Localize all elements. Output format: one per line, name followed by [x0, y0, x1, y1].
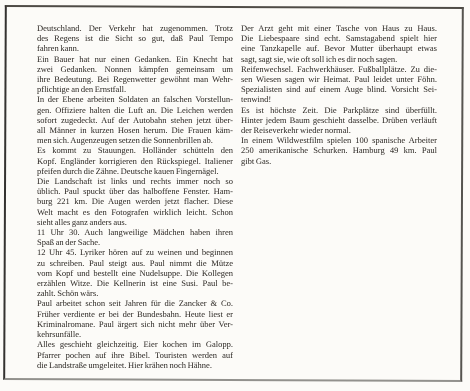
text-line: Ein Bauer hat nur einen Gedanken. Ein Kn…	[37, 54, 233, 64]
text-line: sagt, sagt sie, wie oft soll ich es dir …	[241, 54, 437, 64]
text-line: Kriminalromane. Paul ärgert sich nicht m…	[37, 319, 233, 329]
paragraph: Es kommt zu Stauungen. Holländer schütte…	[37, 145, 233, 176]
text-line: gen. Offiziere halten die Luft an. Die L…	[37, 105, 233, 115]
paragraph: In einem Wildwestfilm spielen 100 spanis…	[241, 135, 437, 166]
text-line: Alles geschieht gleichzeitig. Eier koche…	[37, 339, 233, 349]
text-line: sen Wiesen sagen wir Heimat. Paul leidet…	[241, 74, 437, 84]
text-line: sofort zugedeckt. Auf der Autobahn stehe…	[37, 115, 233, 125]
text-line: eine Tanzkapelle auf. Bevor Mutter überh…	[241, 43, 437, 53]
text-line: Es ist höchste Zeit. Die Parkplätze sind…	[241, 105, 437, 115]
text-line: Die Liebespaare sind echt. Samstagabend …	[241, 33, 437, 43]
text-line: zu schreiben. Paul steigt aus. Paul nimm…	[37, 258, 233, 268]
text-line: üblich. Paul spuckt über das halboffene …	[37, 186, 233, 196]
text-line: Spaß an der Sache.	[37, 237, 233, 247]
text-line: 11 Uhr 30. Auch langweilige Mädchen habe…	[37, 227, 233, 237]
scanned-book-page: Deutschland. Der Verkehr hat zugenommen.…	[0, 0, 470, 391]
text-line: pfeifen durch die Zähne. Deutsche kauen …	[37, 166, 233, 176]
text-line: kehrsunfälle.	[37, 329, 233, 339]
paragraph: Der Arzt geht mit einer Tasche von Haus …	[241, 23, 437, 64]
text-line: Früher verdiente er bei der Bundesbahn. …	[37, 309, 233, 319]
text-line: die Landstraße umgeleitet. Hier krähen n…	[37, 360, 233, 370]
text-line: Reifenwechsel. Fachwerkhäuser. Fußballpl…	[241, 64, 437, 74]
text-line: zwei Gedanken. Nonnen kämpfen gemeinsam …	[37, 64, 233, 74]
text-line: Deutschland. Der Verkehr hat zugenommen.…	[37, 23, 233, 33]
text-line: In der Ebene arbeiten Soldaten an falsch…	[37, 94, 233, 104]
paragraph: Es ist höchste Zeit. Die Parkplätze sind…	[241, 105, 437, 136]
paragraph: 12 Uhr 45. Lyriker hören auf zu weinen u…	[37, 247, 233, 298]
paragraph: Paul arbeitet schon seit Jahren für die …	[37, 298, 233, 339]
text-line: Der Arzt geht mit einer Tasche von Haus …	[241, 23, 437, 33]
text-line: gibt Gas.	[241, 156, 437, 166]
text-line: Kopf. Engländer korrigieren den Rückspie…	[37, 156, 233, 166]
text-line: pflichtige an den Ernstfall.	[37, 84, 233, 94]
text-line: des Regens ist die Sicht so gut, daß Pau…	[37, 33, 233, 43]
text-line: der Reiseverkehr wieder normal.	[241, 125, 437, 135]
paragraph: Ein Bauer hat nur einen Gedanken. Ein Kn…	[37, 54, 233, 95]
text-line: Pfarrer pochen auf ihre Bibel. Touristen…	[37, 350, 233, 360]
paragraph: Die Landschaft ist links und rechts imme…	[37, 176, 233, 227]
paragraph: Deutschland. Der Verkehr hat zugenommen.…	[37, 23, 233, 54]
paragraph: In der Ebene arbeiten Soldaten an falsch…	[37, 94, 233, 145]
text-line: Es kommt zu Stauungen. Holländer schütte…	[37, 145, 233, 155]
text-line: men sich. Augenzeugen setzen die Sonnenb…	[37, 135, 233, 145]
text-line: Welt macht es den Fotografen wirklich le…	[37, 207, 233, 217]
text-line: erzählen Witze. Die Kellnerin ist eine S…	[37, 278, 233, 288]
text-line: sieht alles ganz anders aus.	[37, 217, 233, 227]
text-column-right: Der Arzt geht mit einer Tasche von Haus …	[241, 23, 437, 166]
text-line: Spezialisten sind auf einem Auge blind. …	[241, 84, 437, 94]
text-line: 12 Uhr 45. Lyriker hören auf zu weinen u…	[37, 247, 233, 257]
text-line: In einem Wildwestfilm spielen 100 spanis…	[241, 135, 437, 145]
text-line: 250 amerikanische Schurken. Hamburg 49 k…	[241, 145, 437, 155]
paragraph: Alles geschieht gleichzeitig. Eier koche…	[37, 339, 233, 370]
text-line: Hinter jedem Baum geschieht dasselbe. Dr…	[241, 115, 437, 125]
text-column-left: Deutschland. Der Verkehr hat zugenommen.…	[37, 23, 233, 370]
text-line: all Männer in kurzen Hosen herum. Die Fr…	[37, 125, 233, 135]
text-line: burg 221 km. Die Augen werden jetzt flac…	[37, 196, 233, 206]
text-line: tenwind!	[241, 94, 437, 104]
text-line: zahlt. Schön wärs.	[37, 288, 233, 298]
text-line: ihre Bedeutung. Bei Regenwetter gewöhnt …	[37, 74, 233, 84]
paragraph: 11 Uhr 30. Auch langweilige Mädchen habe…	[37, 227, 233, 247]
text-line: vom Kopf und bestellt eine Nudelsuppe. D…	[37, 268, 233, 278]
text-line: Paul arbeitet schon seit Jahren für die …	[37, 298, 233, 308]
paragraph: Reifenwechsel. Fachwerkhäuser. Fußballpl…	[241, 64, 437, 105]
text-line: fahren kann.	[37, 43, 233, 53]
text-line: Die Landschaft ist links und rechts imme…	[37, 176, 233, 186]
